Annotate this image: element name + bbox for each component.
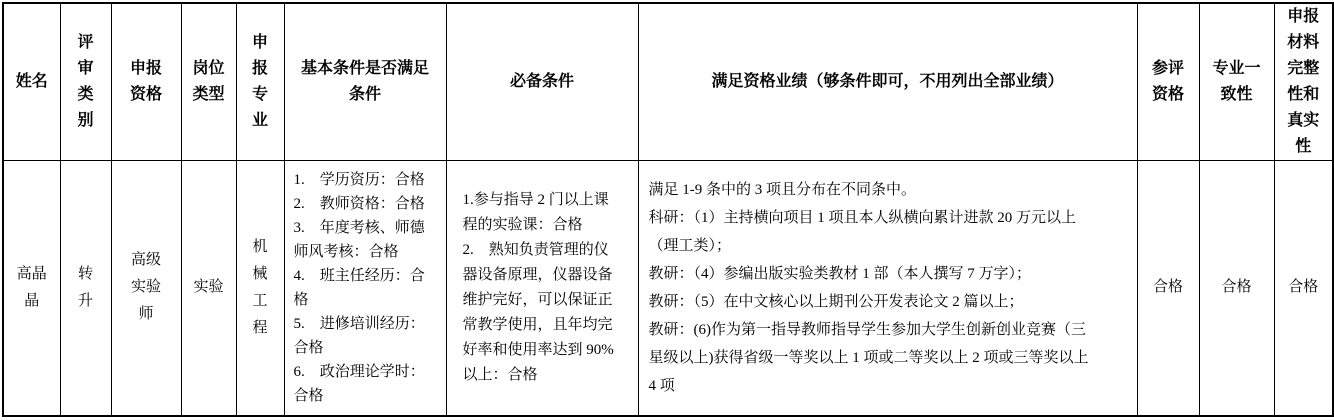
col-header-major-consistency: 专业一致性 (1199, 3, 1274, 161)
cell-required-conditions: 1.参与指导 2 门以上课程的实验课：合格 2. 熟知负责管理的仪器设备原理，仪… (446, 161, 638, 416)
col-header-participation-eligibility: 参评资格 (1137, 3, 1199, 161)
col-header-declared-qualification: 申报资格 (111, 3, 181, 161)
col-header-required-conditions: 必备条件 (446, 3, 638, 161)
table-header-row: 姓名 评审类别 申报资格 岗位类型 申报专业 基本条件是否满足条件 必备条件 满… (3, 3, 1333, 161)
cell-post-type: 实验 (181, 161, 236, 416)
col-header-declared-major: 申报专业 (236, 3, 284, 161)
cell-review-category: 转升 (60, 161, 111, 416)
col-header-material-integrity: 申报材料完整性和真实性 (1274, 3, 1333, 161)
cell-participation-eligibility: 合格 (1137, 161, 1199, 416)
col-header-post-type: 岗位类型 (181, 3, 236, 161)
qualification-review-table: 姓名 评审类别 申报资格 岗位类型 申报专业 基本条件是否满足条件 必备条件 满… (2, 2, 1334, 417)
cell-name: 高晶晶 (3, 161, 60, 416)
cell-basic-conditions: 1. 学历资历：合格 2. 教师资格：合格 3. 年度考核、师德师风考核：合格 … (284, 161, 446, 416)
col-header-basic-conditions: 基本条件是否满足条件 (284, 3, 446, 161)
cell-material-integrity: 合格 (1274, 161, 1333, 416)
cell-qualification-achievements: 满足 1-9 条中的 3 项且分布在不同条中。 科研：（1）主持横向项目 1 项… (638, 161, 1137, 416)
cell-declared-major: 机械工程 (236, 161, 284, 416)
col-header-name: 姓名 (3, 3, 60, 161)
cell-declared-qualification: 高级实验师 (111, 161, 181, 416)
cell-major-consistency: 合格 (1199, 161, 1274, 416)
col-header-review-category: 评审类别 (60, 3, 111, 161)
col-header-qualification-achievements: 满足资格业绩（够条件即可，不用列出全部业绩） (638, 3, 1137, 161)
table-row: 高晶晶 转升 高级实验师 实验 机械工程 1. 学历资历：合格 2. 教师资格：… (3, 161, 1333, 416)
